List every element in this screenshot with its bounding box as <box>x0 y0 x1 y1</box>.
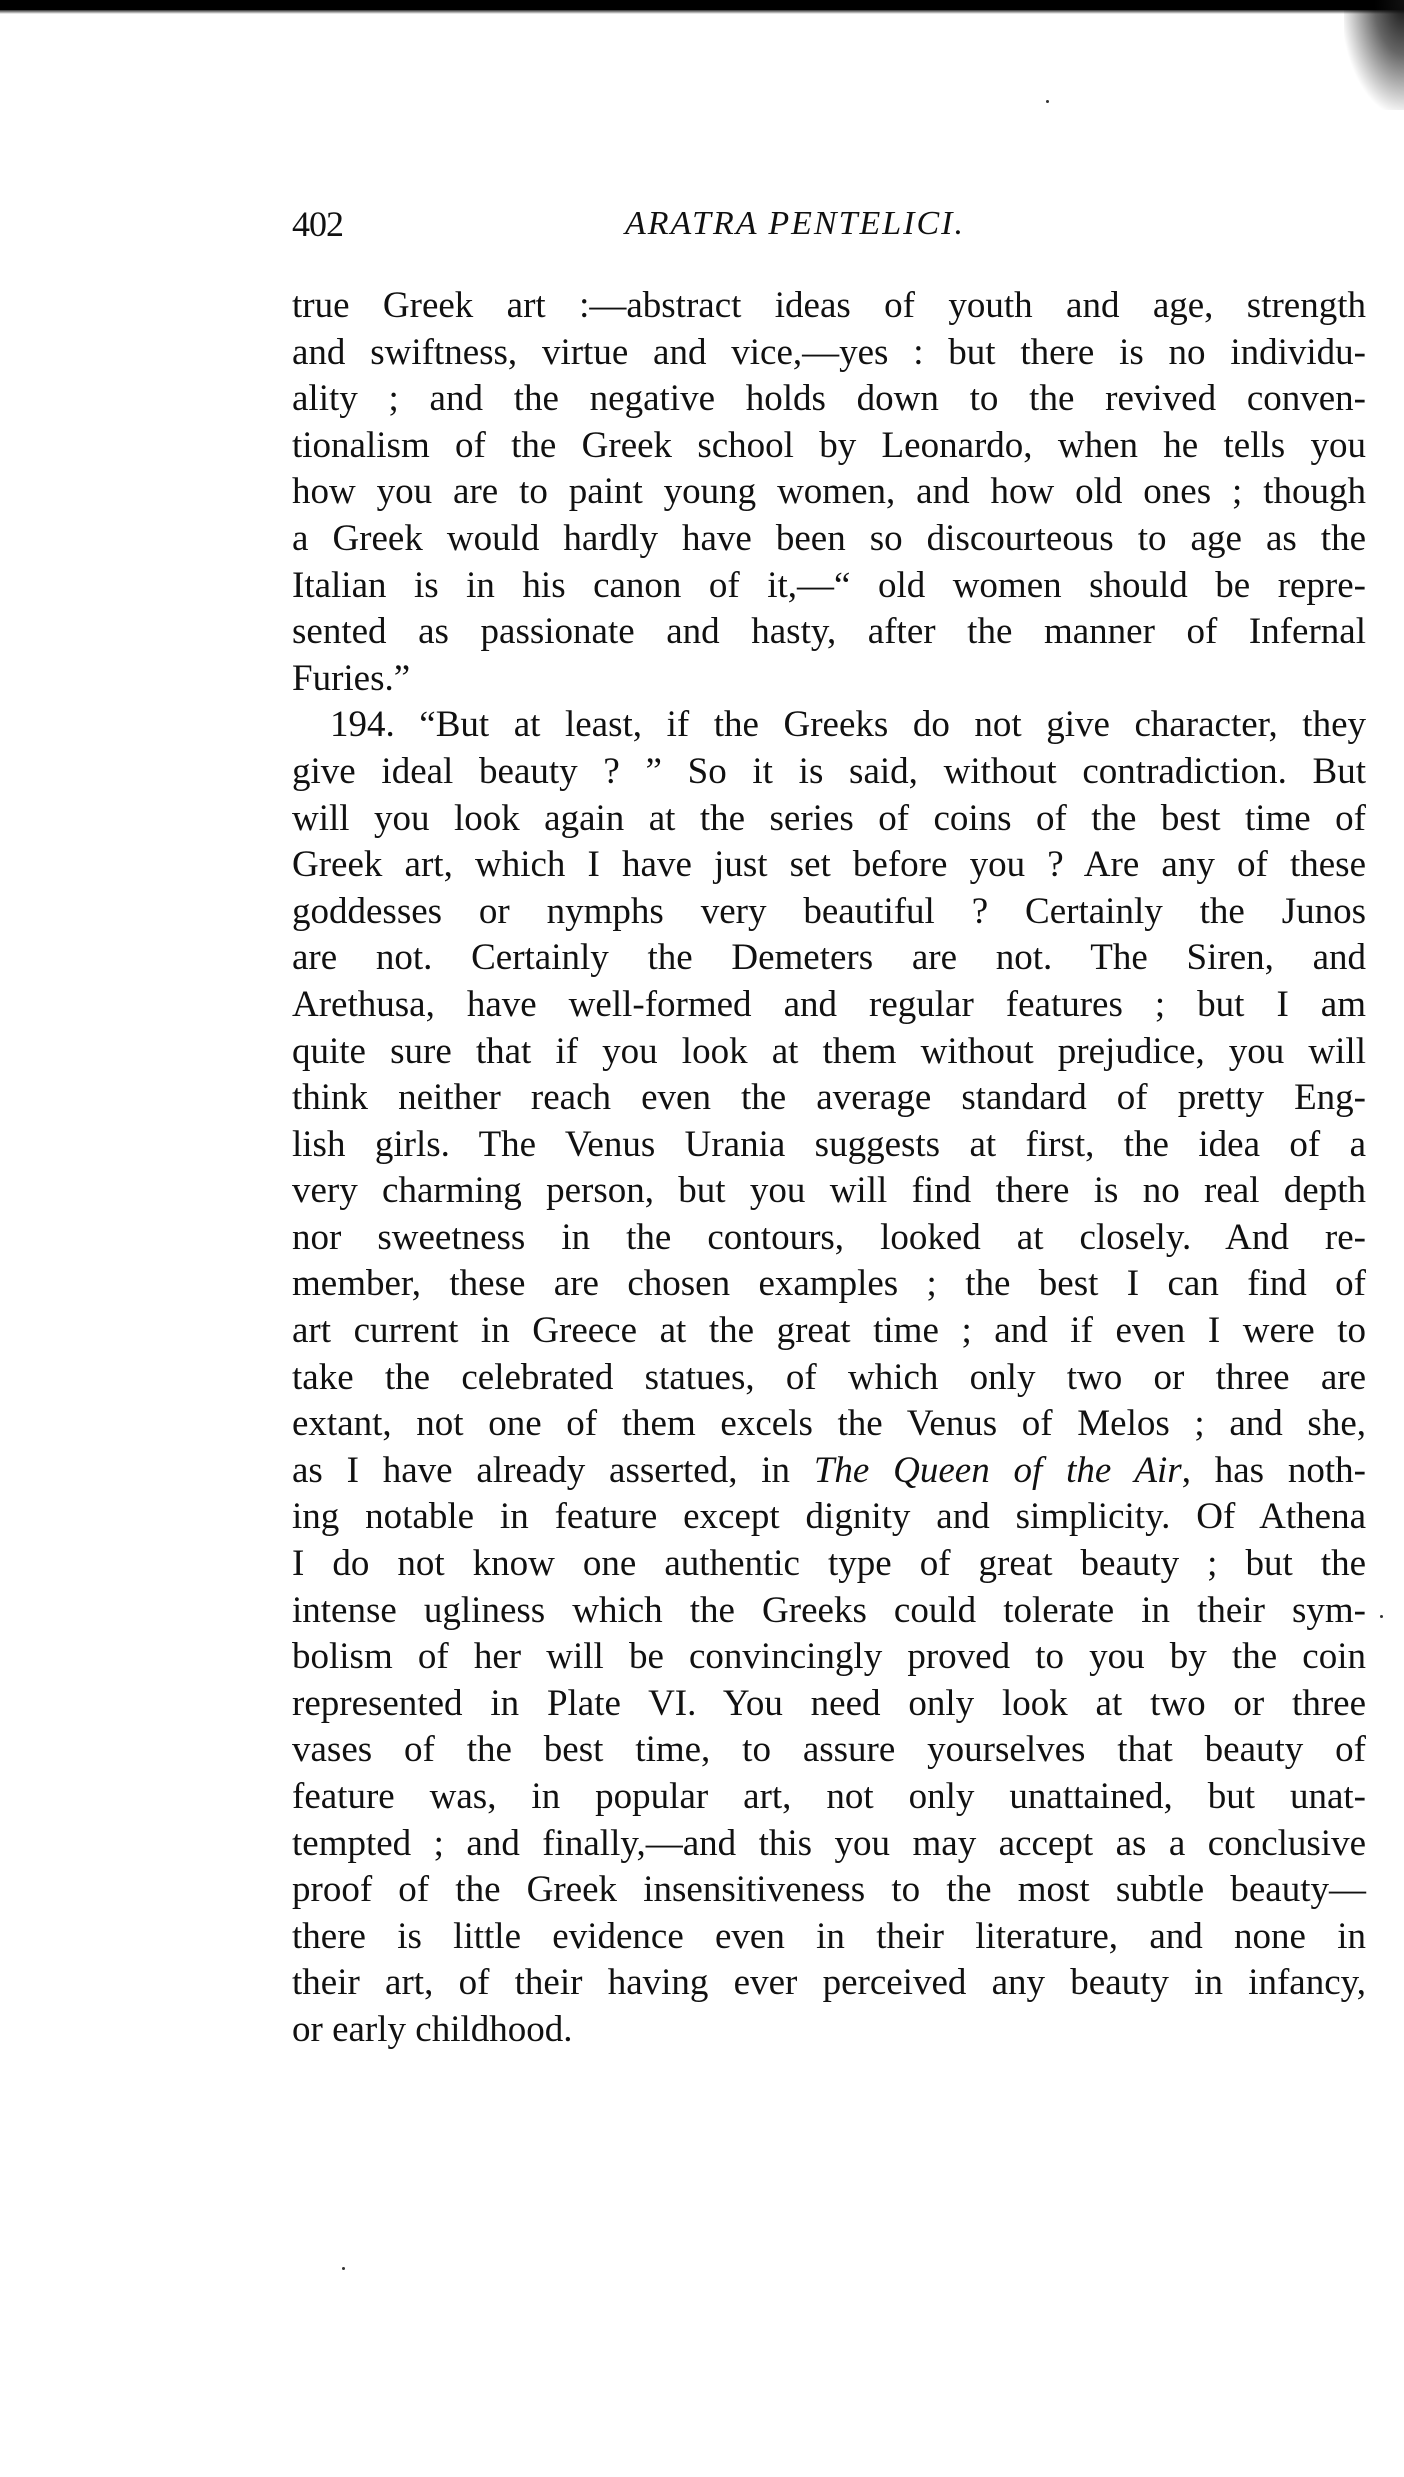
scan-top-edge <box>0 0 1404 10</box>
scan-corner-shadow <box>1344 0 1404 110</box>
text-line: tempted ; and finally,—and this you may … <box>292 1821 1366 1868</box>
text-line: a Greek would hardly have been so discou… <box>292 516 1366 563</box>
text-line: bolism of her will be convincingly prove… <box>292 1634 1366 1681</box>
text-line: I do not know one authentic type of grea… <box>292 1541 1366 1588</box>
text-line: quite sure that if you look at them with… <box>292 1029 1366 1076</box>
book-title-italic: The Queen of the Air <box>814 1450 1182 1491</box>
text-line: Greek art, which I have just set before … <box>292 842 1366 889</box>
text-line: represented in Plate VI. You need only l… <box>292 1681 1366 1728</box>
text-line: extant, not one of them excels the Venus… <box>292 1401 1366 1448</box>
text-line: member, these are chosen examples ; the … <box>292 1261 1366 1308</box>
text-line: intense ugliness which the Greeks could … <box>292 1588 1366 1635</box>
text-line: true Greek art :—abstract ideas of youth… <box>292 283 1366 330</box>
text-line: feature was, in popular art, not only un… <box>292 1774 1366 1821</box>
text-line: and swiftness, virtue and vice,—yes : bu… <box>292 330 1366 377</box>
text-line: nor sweetness in the contours, looked at… <box>292 1215 1366 1262</box>
text-run: , has noth- <box>1182 1450 1366 1491</box>
text-line: Italian is in his canon of it,—“ old wom… <box>292 563 1366 610</box>
text-line: or early childhood. <box>292 2007 1366 2054</box>
page-header: 402 ARATRA PENTELICI. <box>292 203 1366 253</box>
text-line: tionalism of the Greek school by Leonard… <box>292 423 1366 470</box>
text-line: give ideal beauty ? ” So it is said, wit… <box>292 749 1366 796</box>
scan-speck <box>1046 100 1049 103</box>
text-line: how you are to paint young women, and ho… <box>292 469 1366 516</box>
scan-speck <box>342 2267 345 2270</box>
text-line: 194. “But at least, if the Greeks do not… <box>292 702 1366 749</box>
paragraph-194: 194. “But at least, if the Greeks do not… <box>292 702 1366 2053</box>
body-text: true Greek art :—abstract ideas of youth… <box>292 283 1366 2054</box>
text-line: proof of the Greek insensitiveness to th… <box>292 1867 1366 1914</box>
text-line: Arethusa, have well-formed and regular f… <box>292 982 1366 1029</box>
page-number: 402 <box>292 203 343 245</box>
text-line: art current in Greece at the great time … <box>292 1308 1366 1355</box>
text-run: as I have already asserted, in <box>292 1450 814 1491</box>
text-line: as I have already asserted, in The Queen… <box>292 1448 1366 1495</box>
paragraph-continued: true Greek art :—abstract ideas of youth… <box>292 283 1366 702</box>
text-line: lish girls. The Venus Urania suggests at… <box>292 1122 1366 1169</box>
text-line: ality ; and the negative holds down to t… <box>292 376 1366 423</box>
text-line: their art, of their having ever perceive… <box>292 1960 1366 2007</box>
text-line: will you look again at the series of coi… <box>292 796 1366 843</box>
text-line: vases of the best time, to assure yourse… <box>292 1727 1366 1774</box>
text-line: take the celebrated statues, of which on… <box>292 1355 1366 1402</box>
text-line: goddesses or nymphs very beautiful ? Cer… <box>292 889 1366 936</box>
running-title: ARATRA PENTELICI. <box>625 205 965 243</box>
text-line: think neither reach even the average sta… <box>292 1075 1366 1122</box>
text-line: are not. Certainly the Demeters are not.… <box>292 935 1366 982</box>
text-line: Furies.” <box>292 656 1366 703</box>
text-line: there is little evidence even in their l… <box>292 1914 1366 1961</box>
text-line: very charming person, but you will find … <box>292 1168 1366 1215</box>
scan-speck <box>1380 1615 1383 1618</box>
text-line: ing notable in feature except dignity an… <box>292 1494 1366 1541</box>
text-line: sented as passionate and hasty, after th… <box>292 609 1366 656</box>
